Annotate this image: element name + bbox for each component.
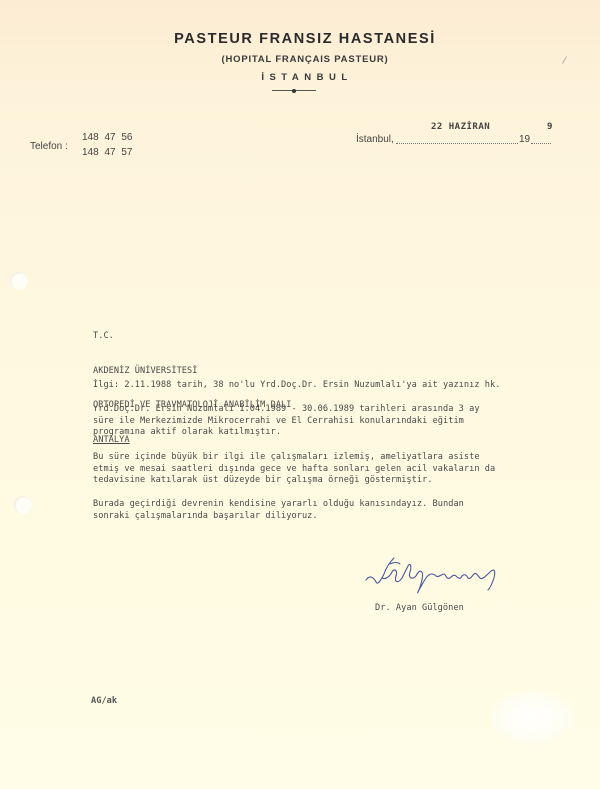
signer-name: Dr. Ayan Gülgönen <box>375 603 464 615</box>
date-century: 19 <box>519 134 530 145</box>
date-day-month: 22 HAZİRAN <box>431 122 490 132</box>
phone-number-2: 148 47 57 <box>82 147 133 158</box>
date-city-prefix: İstanbul, <box>356 134 394 145</box>
date-fill-line <box>396 143 518 144</box>
recipient-line-1: T.C. <box>93 331 292 343</box>
phone-number-1: 148 47 56 <box>82 132 133 143</box>
letterhead-title: PASTEUR FRANSIZ HASTANESİ <box>0 31 600 47</box>
date-year-digit: 9 <box>547 122 552 132</box>
punch-hole <box>10 272 28 290</box>
reference-initials: AG/ak <box>91 696 117 708</box>
paper-correction-spot <box>490 690 575 745</box>
body-paragraph-3: Burada geçirdiği devrenin kendisine yara… <box>93 499 464 522</box>
subject-line: İlgi: 2.11.1988 tarih, 38 no'lu Yrd.Doç.… <box>93 380 500 392</box>
letterhead-city: İSTANBUL <box>0 72 600 83</box>
date-year-fill-line <box>531 143 551 144</box>
letterhead-divider-ornament <box>292 89 296 93</box>
phone-label: Telefon : <box>30 141 68 152</box>
handwritten-signature <box>360 548 510 598</box>
body-paragraph-1: Yrd.Doç.Dr. Ersin Nuzumlalı 1.04.1989 - … <box>93 404 480 439</box>
recipient-line-2: AKDENİZ ÜNİVERSİTESİ <box>93 366 292 378</box>
punch-hole <box>14 496 32 514</box>
letterhead-subtitle: (HOPITAL FRANÇAIS PASTEUR) <box>0 54 600 65</box>
body-paragraph-2: Bu süre içinde büyük bir ilgi ile çalışm… <box>93 452 495 487</box>
